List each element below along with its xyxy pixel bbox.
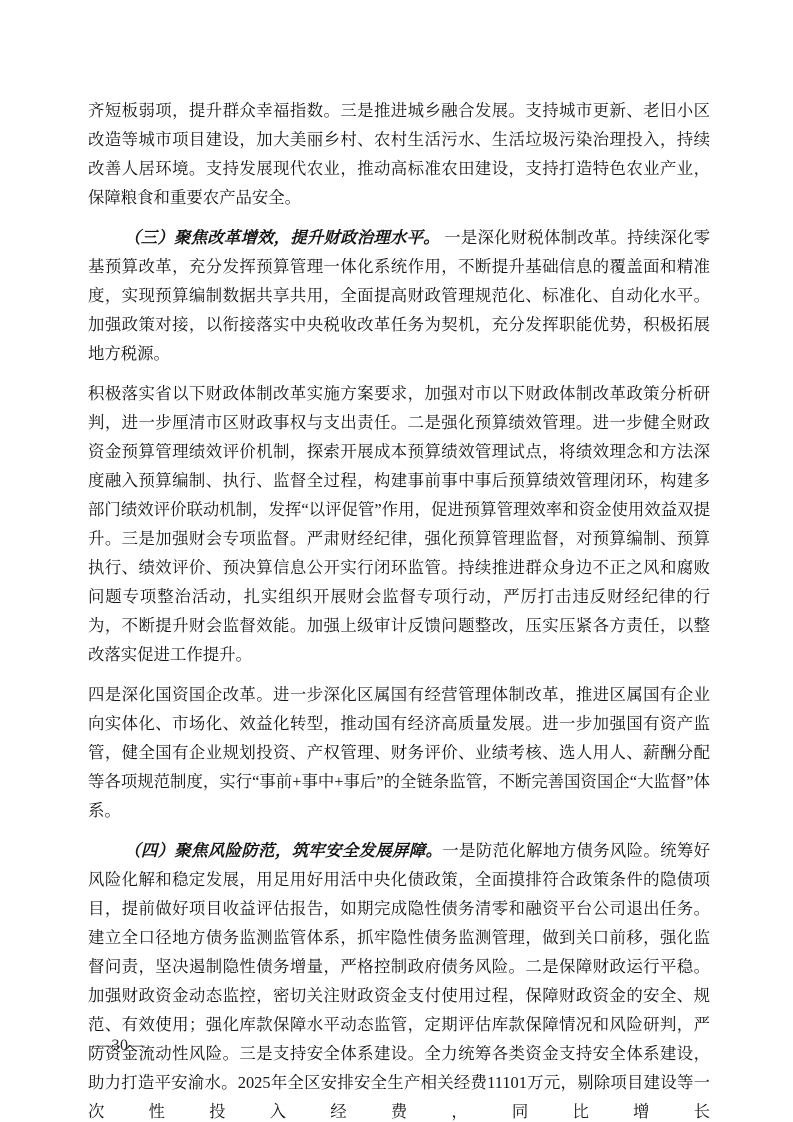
body-paragraph: 四是深化国资国企改革。进一步深化区属国有经营管理体制改革，推进区属国有企业向实体… — [88, 680, 710, 825]
paragraph-text: 一是深化财税体制改革。持续深化零基预算改革，充分发挥预算管理一体化系统作用，不断… — [88, 228, 710, 363]
section-heading: （三）聚焦改革增效，提升财政治理水平。 — [124, 228, 440, 247]
section-heading: （四）聚焦风险防范，筑牢安全发展屏障。 — [124, 841, 442, 860]
body-paragraph: 积极落实省以下财政体制改革实施方案要求，加强对市以下财政体制改革政策分析研判，进… — [88, 379, 710, 669]
body-paragraph: （三）聚焦改革增效，提升财政治理水平。 一是深化财税体制改革。持续深化零基预算改… — [88, 223, 710, 368]
paragraph-text: 一是防范化解地方债务风险。统筹好风险化解和稳定发展，用足用好用活中央化债政策，全… — [88, 841, 710, 1121]
body-paragraph: 齐短板弱项，提升群众幸福指数。三是推进城乡融合发展。支持城市更新、老旧小区改造等… — [88, 96, 710, 212]
body-paragraph: （四）聚焦风险防范，筑牢安全发展屏障。一是防范化解地方债务风险。统筹好风险化解和… — [88, 836, 710, 1122]
document-page: 齐短板弱项，提升群众幸福指数。三是推进城乡融合发展。支持城市更新、老旧小区改造等… — [0, 0, 793, 1122]
page-number: —30— — [95, 1036, 145, 1056]
